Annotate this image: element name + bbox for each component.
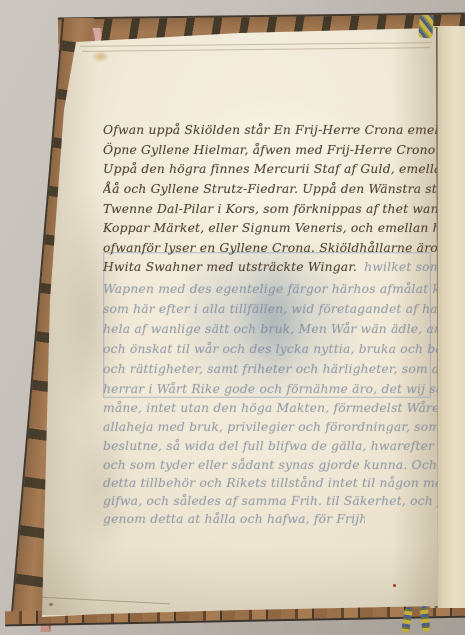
manuscript-faint-line: detta tillbehör och Rikets tillstånd int… — [103, 474, 443, 493]
manuscript-line-faint-part: hwilket som alla — [364, 260, 443, 274]
manuscript-faint-line: herrar i Wårt Rike gode och förnähme äro… — [103, 380, 443, 399]
manuscript-faint-line: och som tyder eller sådant synas gjorde … — [103, 456, 443, 475]
book-photo: Ofwan uppå Skiölden står En Frij-Herre C… — [0, 0, 465, 635]
manuscript-faint-line: och rättigheter, samt friheter och härli… — [103, 360, 443, 379]
manuscript-line: Öpne Gyllene Hielmar, åfwen med Frij-Her… — [103, 141, 443, 160]
page-shadow-bottom — [42, 545, 438, 615]
underpage-edge — [40, 597, 170, 605]
flyleaf-edge-line — [80, 42, 432, 47]
red-ink-dot — [393, 584, 396, 587]
manuscript-faint-line: allaheja med bruk, privilegier och föror… — [103, 418, 443, 437]
manuscript-faint-line: genom detta at hålla och hafwa, för Frij… — [103, 510, 365, 529]
manuscript-line: Koppar Märket, eller Signum Veneris, och… — [103, 219, 443, 238]
manuscript-line: Åå och Gyllene Strutz-Fiedrar. Uppå den … — [103, 180, 443, 199]
manuscript-faint-line: Wapnen med des egentelige färgor härhos … — [103, 280, 443, 299]
manuscript-faint-line: gifwa, och således af samma Frih. til Sä… — [103, 492, 443, 511]
spine-endband-top — [418, 15, 434, 39]
flyleaf-edge-line — [82, 47, 430, 52]
manuscript-line: Hwita Swahner med utsträckte Wingar.hwil… — [103, 258, 443, 277]
manuscript-faint-line: måne, intet utan den höga Makten, förmed… — [103, 399, 443, 418]
manuscript-faint-line: beslutne, så wida del full blifwa de gäl… — [103, 437, 443, 456]
manuscript-page: Ofwan uppå Skiölden står En Frij-Herre C… — [0, 0, 465, 635]
manuscript-line-dark-part: Hwita Swahner med utsträckte Wingar. — [103, 260, 357, 274]
stain-spot — [92, 51, 109, 62]
manuscript-faint-line: som här efter i alla tillfällen, wid för… — [103, 300, 443, 319]
speck-mark — [49, 603, 53, 606]
manuscript-line: Ofwan uppå Skiölden står En Frij-Herre C… — [103, 121, 443, 140]
manuscript-faint-line: och önskat til wår och des lycka nyttia,… — [103, 340, 443, 359]
manuscript-line: Uppå den högra finnes Mercurii Staf af G… — [103, 160, 443, 179]
manuscript-line: ofwanför lyser en Gyllene Crona. Skiöldh… — [103, 239, 443, 258]
manuscript-faint-line: hela af wanlige sätt och bruk, Men Wår w… — [103, 320, 443, 339]
manuscript-line: Twenne Dal-Pilar i Kors, som förknippas … — [103, 200, 443, 219]
